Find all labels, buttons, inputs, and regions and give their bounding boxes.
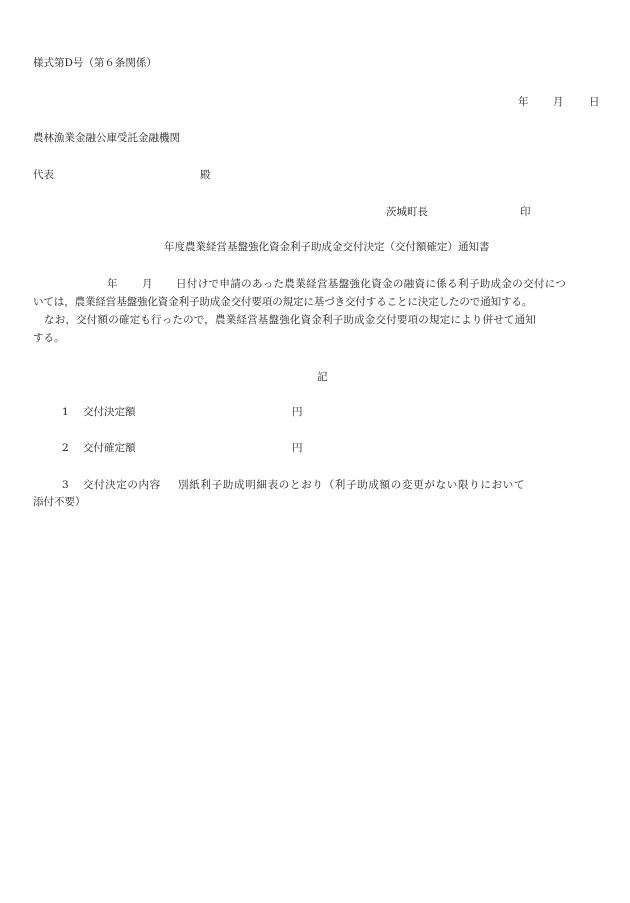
body-line-3: なお，交付額の確定も行ったので，農業経営基盤強化資金利子助成金交付要項の規定によ… bbox=[44, 315, 536, 326]
item-label: 交付確定額 bbox=[83, 443, 136, 454]
sender-name: 茨城町長 bbox=[386, 207, 428, 218]
document-title: 年度農業経営基盤強化資金利子助成金交付決定（交付額確定）通知書 bbox=[164, 242, 490, 253]
item-number: 3 bbox=[62, 480, 69, 491]
body-line-2: いては，農業経営基盤強化資金利子助成金交付要項の規定に基づき交付することに決定し… bbox=[33, 297, 532, 308]
item-unit: 円 bbox=[292, 407, 303, 418]
recipient-representative: 代表 bbox=[33, 170, 54, 181]
body-year: 年 bbox=[107, 279, 118, 290]
item-label: 交付決定の内容 bbox=[83, 480, 161, 491]
form-number: 様式第D号（第６条関係） bbox=[33, 58, 157, 69]
recipient-institution: 農林漁業金融公庫受託金融機関 bbox=[33, 133, 180, 144]
item-unit: 円 bbox=[292, 443, 303, 454]
note-heading: 記 bbox=[317, 372, 328, 383]
item-label: 交付決定額 bbox=[83, 407, 136, 418]
date-day: 日 bbox=[589, 97, 600, 108]
body-month: 月 bbox=[142, 279, 153, 290]
date-month: 月 bbox=[553, 97, 564, 108]
item-number: 1 bbox=[62, 407, 69, 418]
item-content-line-1: 別紙利子助成明細表のとおり（利子助成額の変更がない限りにおいて bbox=[178, 480, 525, 491]
seal-mark: 印 bbox=[520, 207, 531, 218]
body-line-1: 日付けで申請のあった農業経営基盤強化資金の融資に係る利子助成金の交付につ bbox=[176, 279, 566, 290]
recipient-honorific: 殿 bbox=[200, 170, 211, 181]
item-content-line-2: 添付不要） bbox=[33, 497, 86, 508]
item-number: 2 bbox=[62, 443, 69, 454]
date-year: 年 bbox=[518, 97, 529, 108]
body-line-4: する。 bbox=[33, 333, 65, 344]
